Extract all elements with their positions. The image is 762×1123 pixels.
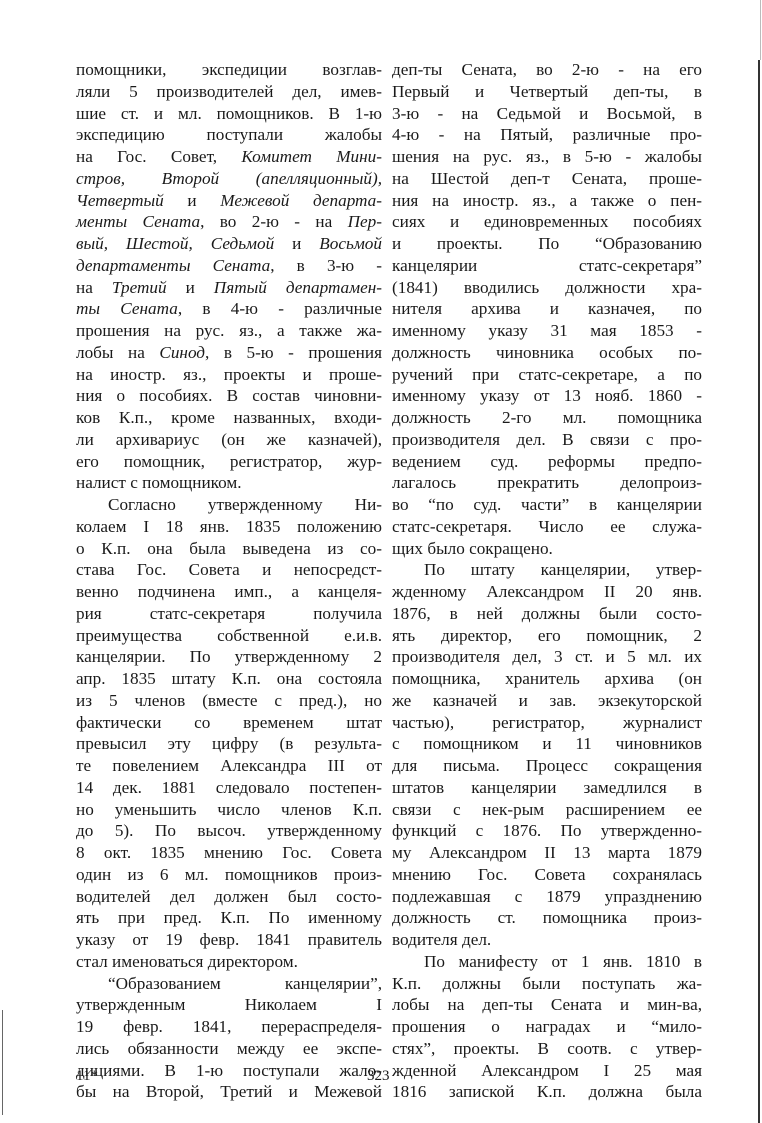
text-line: (1841) вводились должности хра-: [392, 277, 702, 299]
text-line: подлежавшая с 1879 упразднению: [392, 886, 702, 908]
text-line: с помощником и 11 чиновников: [392, 733, 702, 755]
text-line: во “по суд. части” в канцелярии: [392, 494, 702, 516]
text-line: статс-секретаря. Число ее служа-: [392, 516, 702, 538]
text-line: производителя дел. В связи с про-: [392, 429, 702, 451]
text-line: водителя дел.: [392, 929, 702, 951]
page-number: 323: [367, 1068, 390, 1085]
text-line: сиях и единовременных пособиях: [392, 211, 702, 233]
text-line: стях”, проекты. В соотв. с утвер-: [392, 1038, 702, 1060]
text-line: рия статс-секретаря получила: [76, 603, 382, 625]
text-line: жденной Александром I 25 мая: [392, 1060, 702, 1082]
text-line: ния на иностр. яз., а также о пен-: [392, 190, 702, 212]
text-line: шения на рус. яз., в 5-ю - жалобы: [392, 146, 702, 168]
scan-edge-right: [758, 60, 760, 1123]
text-line: на иностр. яз., проекты и проше-: [76, 364, 382, 386]
text-line: помощника, хранитель архива (он: [392, 668, 702, 690]
text-line: бы на Второй, Третий и Межевой: [76, 1081, 382, 1103]
text-line: 8 окт. 1835 мнению Гос. Совета: [76, 842, 382, 864]
text-line: 14 дек. 1881 следовало постепен-: [76, 777, 382, 799]
text-line: должность ст. помощника произ-: [392, 907, 702, 929]
text-line: фактически со временем штат: [76, 712, 382, 734]
scan-edge-left: [2, 1010, 3, 1115]
text-line: ручений при статс-секретаре, а по: [392, 364, 702, 386]
text-line: и проекты. По “Образованию: [392, 233, 702, 255]
text-line: ков К.п., кроме названных, входи-: [76, 407, 382, 429]
text-line: водителей дел должен был состо-: [76, 886, 382, 908]
text-line: 1876, в ней должны были состо-: [392, 603, 702, 625]
text-line: става Гос. Совета и непосредст-: [76, 559, 382, 581]
text-line: дициями. В 1-ю поступали жало-: [76, 1060, 382, 1082]
text-line: указу от 19 февр. 1841 правитель: [76, 929, 382, 951]
text-line: 1816 запиской К.п. должна была: [392, 1081, 702, 1103]
text-line: утвержденным Николаем I: [76, 994, 382, 1016]
text-line: один из 6 мл. помощников произ-: [76, 864, 382, 886]
text-line: экспедицию поступали жалобы: [76, 124, 382, 146]
text-line: лобы на деп-ты Сената и мин-ва,: [392, 994, 702, 1016]
text-line: для письма. Процесс сокращения: [392, 755, 702, 777]
text-line: нителя архива и казначея, по: [392, 298, 702, 320]
text-line: колаем I 18 янв. 1835 положению: [76, 516, 382, 538]
text-line: связи с нек-рым расширением ее: [392, 799, 702, 821]
text-line: департаменты Сената, в 3-ю -: [76, 255, 382, 277]
text-line: венно подчинена имп., а канцеля-: [76, 581, 382, 603]
text-line: му Александром II 13 марта 1879: [392, 842, 702, 864]
text-line: прошения на рус. яз., а также жа-: [76, 320, 382, 342]
text-line: из 5 членов (вместе с пред.), но: [76, 690, 382, 712]
text-line: помощники, экспедиции возглав-: [76, 59, 382, 81]
text-line: канцелярии статс-секретаря”: [392, 255, 702, 277]
text-line: ния о пособиях. В состав чиновни-: [76, 385, 382, 407]
text-line: мнению Гос. Совета сохранялась: [392, 864, 702, 886]
text-line: ли архивариус (он же казначей),: [76, 429, 382, 451]
text-line: Первый и Четвертый деп-ты, в: [392, 81, 702, 103]
text-line: шие ст. и мл. помощников. В 1-ю: [76, 103, 382, 125]
text-line: налист с помощником.: [76, 472, 382, 494]
text-line: По штату канцелярии, утвер-: [392, 559, 702, 581]
text-line: на Гос. Совет, Комитет Мини-: [76, 146, 382, 168]
text-line: же казначей и зав. экзекуторской: [392, 690, 702, 712]
text-line: именному указу от 13 нояб. 1860 -: [392, 385, 702, 407]
right-text-column: деп-ты Сената, во 2-ю - на егоПервый и Ч…: [392, 59, 702, 1103]
text-line: апр. 1835 штату К.п. она состояла: [76, 668, 382, 690]
left-text-column: помощники, экспедиции возглав-ляли 5 про…: [76, 59, 382, 1103]
text-line: ять при пред. К.п. По именному: [76, 907, 382, 929]
text-line: деп-ты Сената, во 2-ю - на его: [392, 59, 702, 81]
text-line: канцелярии. По утвержденному 2: [76, 646, 382, 668]
text-line: ты Сената, в 4-ю - различные: [76, 298, 382, 320]
text-line: стров, Второй (апелляционный),: [76, 168, 382, 190]
text-line: стал именоваться директором.: [76, 951, 382, 973]
text-line: “Образованием канцелярии”,: [76, 973, 382, 995]
text-line: Четвертый и Межевой департа-: [76, 190, 382, 212]
text-line: штатов канцелярии замедлился в: [392, 777, 702, 799]
text-line: на Шестой деп-т Сената, проше-: [392, 168, 702, 190]
signature-mark: 11*: [76, 1068, 98, 1085]
text-line: По манифесту от 1 янв. 1810 в: [392, 951, 702, 973]
text-line: частью), регистратор, журналист: [392, 712, 702, 734]
text-line: преимущества собственной е.и.в.: [76, 625, 382, 647]
text-line: жденному Александром II 20 янв.: [392, 581, 702, 603]
text-line: но уменьшить число членов К.п.: [76, 799, 382, 821]
text-line: 3-ю - на Седьмой и Восьмой, в: [392, 103, 702, 125]
text-line: лобы на Синод, в 5-ю - прошения: [76, 342, 382, 364]
text-line: менты Сената, во 2-ю - на Пер-: [76, 211, 382, 233]
text-line: ведением суд. реформы предпо-: [392, 451, 702, 473]
text-line: его помощник, регистратор, жур-: [76, 451, 382, 473]
text-line: прошения о наградах и “мило-: [392, 1016, 702, 1038]
text-line: на Третий и Пятый департамен-: [76, 277, 382, 299]
text-line: до 5). По высоч. утвержденному: [76, 820, 382, 842]
text-line: К.п. должны были поступать жа-: [392, 973, 702, 995]
text-line: превысил эту цифру (в результа-: [76, 733, 382, 755]
text-line: должность чиновника особых по-: [392, 342, 702, 364]
text-line: щих было сокращено.: [392, 538, 702, 560]
text-line: лись обязанности между ее экспе-: [76, 1038, 382, 1060]
text-line: 19 февр. 1841, перераспределя-: [76, 1016, 382, 1038]
text-line: о К.п. она была выведена из со-: [76, 538, 382, 560]
text-line: должность 2-го мл. помощника: [392, 407, 702, 429]
scan-edge-top: [760, 0, 761, 60]
text-line: ять директор, его помощник, 2: [392, 625, 702, 647]
text-line: именному указу 31 мая 1853 -: [392, 320, 702, 342]
text-line: вый, Шестой, Седьмой и Восьмой: [76, 233, 382, 255]
text-line: производителя дел, 3 ст. и 5 мл. их: [392, 646, 702, 668]
text-line: ляли 5 производителей дел, имев-: [76, 81, 382, 103]
text-line: лагалось прекратить делопроиз-: [392, 472, 702, 494]
text-line: функций с 1876. По утвержденно-: [392, 820, 702, 842]
text-line: Согласно утвержденному Ни-: [76, 494, 382, 516]
text-line: 4-ю - на Пятый, различные про-: [392, 124, 702, 146]
text-line: те повелением Александра III от: [76, 755, 382, 777]
